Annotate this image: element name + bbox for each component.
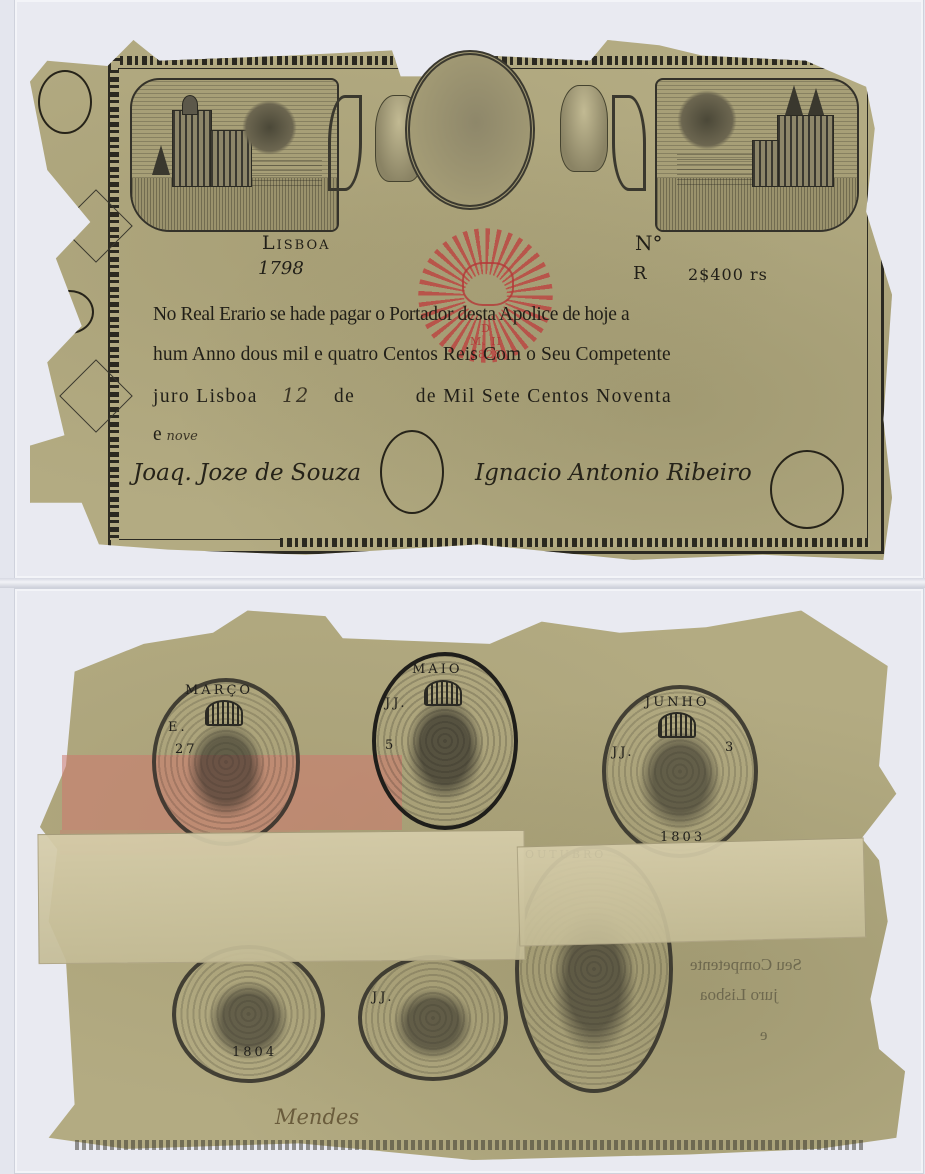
central-oval-cartouche bbox=[405, 50, 535, 210]
denomination: 2$400 rs bbox=[688, 265, 768, 284]
crown-emblem bbox=[424, 680, 462, 706]
vignette-right-church bbox=[655, 78, 859, 232]
stamp-number: 5 bbox=[385, 738, 396, 753]
corner-flourish bbox=[38, 70, 92, 134]
date-stamp-jj bbox=[358, 955, 508, 1081]
stamp-letter: JJ. bbox=[385, 696, 408, 711]
stamp-month: MARÇO bbox=[185, 683, 253, 698]
signature-right: Ignacio Antonio Ribeiro bbox=[475, 460, 752, 486]
body-text-line-2: hum Anno dous mil e quatro Centos Reis C… bbox=[153, 344, 671, 366]
issue-year: 1798 bbox=[258, 258, 304, 279]
repair-tape-left bbox=[37, 830, 525, 964]
bottom-border-ornament bbox=[280, 538, 870, 547]
sleeve-divider bbox=[0, 578, 925, 588]
series-letter: R bbox=[633, 263, 647, 284]
show-through-text: e bbox=[760, 1025, 768, 1045]
stamp-month: JUNHO bbox=[645, 695, 710, 710]
stamp-letter: JJ. bbox=[612, 745, 635, 760]
serial-number-label: N° bbox=[635, 231, 663, 255]
body-text-line-4: e nove bbox=[153, 424, 198, 446]
body-text-line-3: juro Lisboa 12 de de Mil Sete Centos Nov… bbox=[153, 384, 672, 408]
stamp-number: 27 bbox=[175, 742, 198, 757]
de-word: de bbox=[334, 386, 355, 407]
show-through-text: Seu Competente bbox=[690, 955, 802, 975]
endorsement-signature: Mendes bbox=[275, 1105, 359, 1129]
scroll-ornament bbox=[612, 95, 646, 191]
vignette-left-castle bbox=[130, 78, 339, 232]
stamp-year: 1804 bbox=[232, 1045, 277, 1060]
crown-emblem bbox=[205, 700, 243, 726]
year-words: de Mil Sete Centos Noventa bbox=[416, 386, 672, 407]
repair-tape-right bbox=[517, 837, 866, 946]
show-through-text: juro Lisboa bbox=[700, 985, 778, 1005]
stamp-letter: E. bbox=[168, 720, 188, 735]
red-seal-emblem bbox=[462, 262, 514, 306]
signature-left: Joaq. Joze de Souza bbox=[133, 460, 361, 486]
stamp-letter: JJ. bbox=[372, 990, 395, 1005]
left-border-ornament bbox=[110, 70, 119, 540]
signature-flourish bbox=[380, 430, 444, 514]
cherub-right bbox=[560, 85, 608, 172]
crown-emblem bbox=[658, 712, 696, 738]
handwritten-day: 12 bbox=[282, 384, 310, 407]
date-stamp-1804 bbox=[172, 945, 325, 1083]
body-text-line-1: No Real Erario se hade pagar o Portador … bbox=[153, 304, 629, 326]
place-label: Lisboa bbox=[262, 232, 331, 254]
stamp-number: 3 bbox=[725, 740, 736, 755]
juro-lisboa: juro Lisboa bbox=[153, 386, 258, 407]
back-border-ornament bbox=[75, 1140, 865, 1150]
signature-flourish bbox=[770, 450, 844, 529]
scroll-ornament bbox=[328, 95, 362, 191]
stamp-month: MAIO bbox=[412, 662, 463, 677]
handwritten-year-word: nove bbox=[167, 429, 198, 444]
e-word: e bbox=[153, 424, 162, 445]
